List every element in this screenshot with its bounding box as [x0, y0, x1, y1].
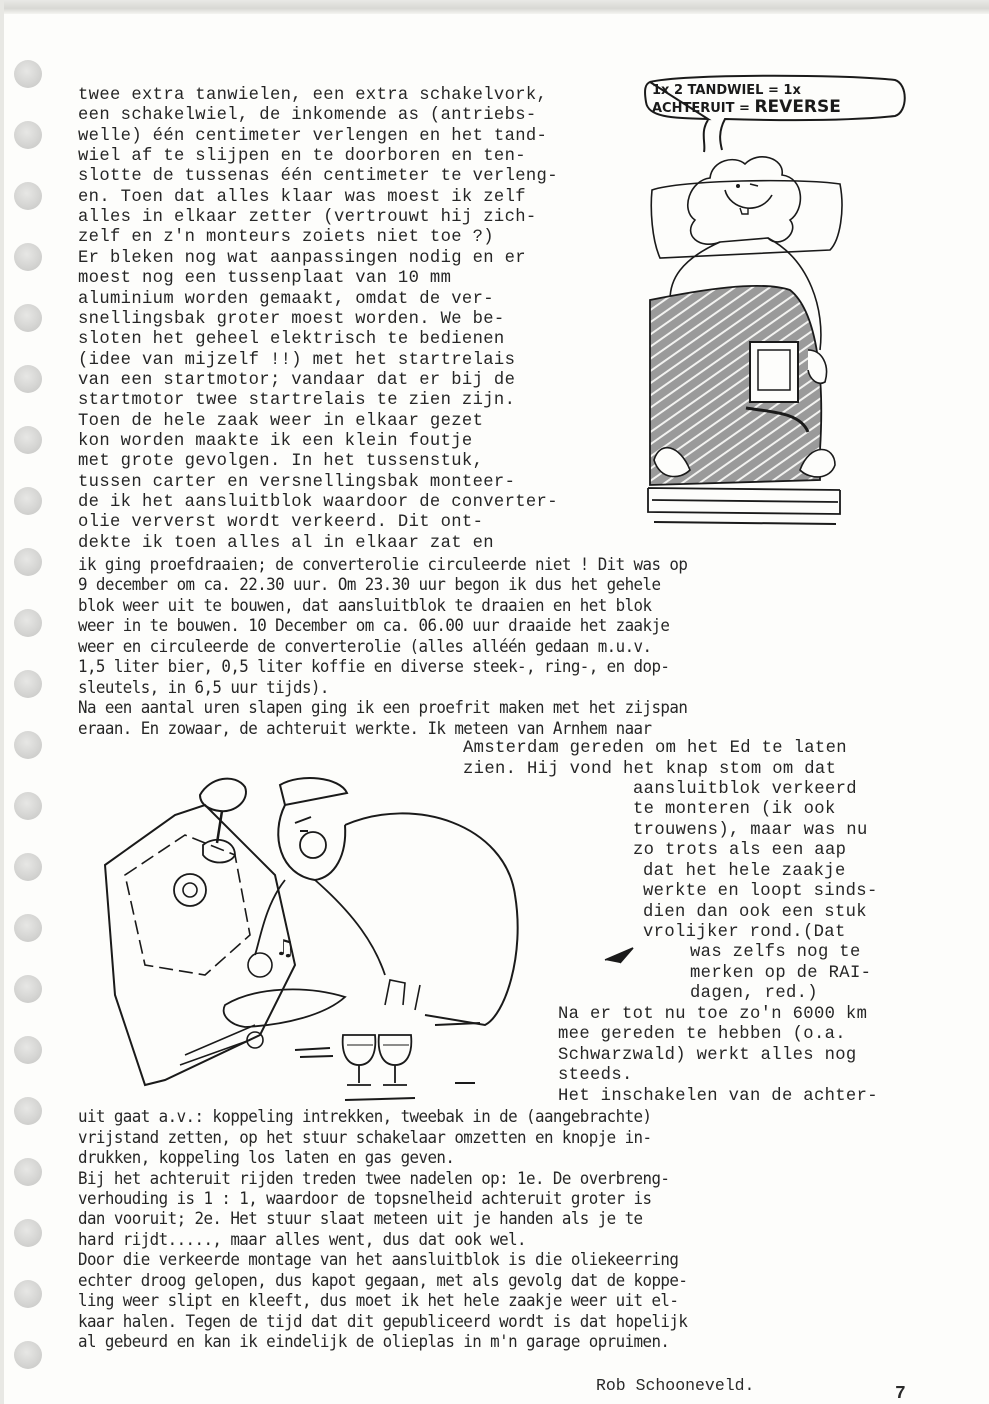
text-line: trouwens), maar was nu: [633, 821, 868, 841]
text-line: weer en circuleerde de converterolie (al…: [78, 637, 651, 657]
text-line: uit gaat a.v.: koppeling intrekken, twee…: [78, 1107, 651, 1127]
text-line: startmotor twee startrelais te zien zijn…: [78, 391, 515, 411]
text-line: 9 december om ca. 22.30 uur. Om 23.30 uu…: [78, 575, 660, 595]
bubble-line-1: 1x 2 TANDWIEL = 1x: [652, 83, 801, 98]
binder-hole: [14, 548, 42, 576]
binder-hole: [14, 1219, 42, 1247]
text-line: verhouding is 1 : 1, waardoor de topsnel…: [78, 1189, 651, 1209]
binder-hole: [14, 243, 42, 271]
text-line: Schwarzwald) werkt alles nog: [558, 1046, 857, 1066]
text-line: blok weer uit te bouwen, dat aansluitblo…: [78, 596, 651, 616]
binder-hole: [14, 304, 42, 332]
binder-hole: [14, 182, 42, 210]
text-line: moest nog een tussenplaat van 10 mm: [78, 269, 451, 289]
binder-hole: [14, 914, 42, 942]
binder-hole: [14, 670, 42, 698]
bubble-line-2b: REVERSE: [754, 97, 840, 117]
text-line: eraan. En zowaar, de achteruit werkte. I…: [78, 719, 651, 739]
text-line: olie ververst wordt verkeerd. Dit ont-: [78, 513, 483, 533]
page-number: 7: [895, 1384, 906, 1404]
author-signature: Rob Schooneveld.: [596, 1376, 754, 1395]
text-line: dien dan ook een stuk: [643, 903, 867, 923]
binder-holes: [14, 44, 44, 1404]
text-line: ling weer slipt en kleeft, dus moet ik h…: [78, 1291, 678, 1311]
text-line: kaar halen. Tegen de tijd dat dit gepubl…: [78, 1312, 687, 1332]
text-line: welle) één centimeter verlengen en het t…: [78, 127, 547, 147]
scan-top-shadow: [0, 0, 989, 14]
svg-text:♫: ♫: [275, 936, 295, 961]
text-line: weer in te bouwen. 10 December om ca. 06…: [78, 616, 669, 636]
text-line: 1,5 liter bier, 0,5 liter koffie en dive…: [78, 657, 669, 677]
text-line: twee extra tanwielen, een extra schakelv…: [78, 86, 547, 106]
text-line: Na er tot nu toe zo'n 6000 km: [558, 1005, 867, 1025]
speech-bubble: 1x 2 TANDWIEL = 1x ACHTERUIT = REVERSE: [640, 72, 910, 152]
binder-hole: [14, 121, 42, 149]
text-line: een schakelwiel, de inkomende as (antrie…: [78, 106, 537, 126]
text-line: sloten het geheel elektrisch te bedienen: [78, 330, 505, 350]
text-line: snellingsbak groter moest worden. We be-: [78, 310, 505, 330]
binder-hole: [14, 60, 42, 88]
text-line: (idee van mijzelf !!) met het startrelai…: [78, 351, 515, 371]
bubble-line-2a: ACHTERUIT =: [652, 101, 754, 116]
mechanic-gearbox-illustration: ♫: [85, 765, 595, 1105]
text-line: en. Toen dat alles klaar was moest ik ze…: [78, 188, 526, 208]
text-line: dekte ik toen alles al in elkaar zat en: [78, 534, 494, 554]
binder-hole: [14, 609, 42, 637]
text-line: Bij het achteruit rijden treden twee nad…: [78, 1169, 669, 1189]
binder-hole: [14, 1341, 42, 1369]
binder-hole: [14, 1097, 42, 1125]
text-line: al gebeurd en kan ik eindelijk de oliepl…: [78, 1332, 669, 1352]
text-line: Door die verkeerde montage van het aansl…: [78, 1250, 678, 1270]
binder-hole: [14, 731, 42, 759]
binder-hole: [14, 1158, 42, 1186]
text-line: werkte en loopt sinds-: [643, 882, 878, 902]
text-line: vrijstand zetten, op het stuur schakelaa…: [78, 1128, 651, 1148]
text-line: mee gereden te hebben (o.a.: [558, 1025, 846, 1045]
binder-hole: [14, 487, 42, 515]
text-line: Er bleken nog wat aanpassingen nodig en …: [78, 249, 526, 269]
text-line: tussen carter en versnellingsbak monteer…: [78, 473, 515, 493]
svg-text:ACHTERUIT = REVERSE: ACHTERUIT = REVERSE: [652, 97, 841, 117]
text-line: Toen de hele zaak weer in elkaar gezet: [78, 412, 483, 432]
text-line: echter droog gelopen, dus kapot gegaan, …: [78, 1271, 687, 1291]
text-line: te monteren (ik ook: [633, 800, 836, 820]
text-line: Amsterdam gereden om het Ed te laten: [463, 739, 847, 759]
binder-hole: [14, 426, 42, 454]
binder-hole: [14, 1036, 42, 1064]
text-line: hard rijdt....., maar alles went, dus da…: [78, 1230, 526, 1250]
text-line: drukken, koppeling los laten en gas geve…: [78, 1148, 454, 1168]
text-line: de ik het aansluitblok waardoor de conve…: [78, 493, 558, 513]
person-in-bed-illustration: [640, 150, 850, 530]
text-line: van een startmotor; vandaar dat er bij d…: [78, 371, 515, 391]
scan-left-edge: [0, 0, 4, 1404]
text-line: aluminium worden gemaakt, omdat de ver-: [78, 290, 494, 310]
text-line: met grote gevolgen. In het tussenstuk,: [78, 452, 483, 472]
text-line: dagen, red.): [690, 984, 818, 1004]
text-line: dat het hele zaakje: [643, 862, 846, 882]
text-line: merken op de RAI-: [690, 964, 871, 984]
binder-hole: [14, 853, 42, 881]
text-line: slotte de tussenas één centimeter te ver…: [78, 167, 558, 187]
text-line: ik ging proefdraaien; de converterolie c…: [78, 555, 687, 575]
text-line: Het inschakelen van de achter-: [558, 1087, 878, 1107]
binder-hole: [14, 365, 42, 393]
text-line: dan vooruit; 2e. Het stuur slaat meteen …: [78, 1209, 643, 1229]
text-line: zelf en z'n monteurs zoiets niet toe ?): [78, 228, 494, 248]
text-line: aansluitblok verkeerd: [633, 780, 857, 800]
binder-hole: [14, 975, 42, 1003]
text-line: kon worden maakte ik een klein foutje: [78, 432, 473, 452]
text-line: vrolijker rond.(Dat: [643, 923, 846, 943]
text-line: was zelfs nog te: [690, 943, 861, 963]
text-line: sleutels, in 6,5 uur tijds).: [78, 678, 329, 698]
binder-hole: [14, 1280, 42, 1308]
binder-hole: [14, 792, 42, 820]
text-line: zo trots als een aap: [633, 841, 846, 861]
text-line: wiel af te slijpen en te doorboren en te…: [78, 147, 526, 167]
text-line: Na een aantal uren slapen ging ik een pr…: [78, 698, 687, 718]
text-line: alles in elkaar zetter (vertrouwt hij zi…: [78, 208, 537, 228]
